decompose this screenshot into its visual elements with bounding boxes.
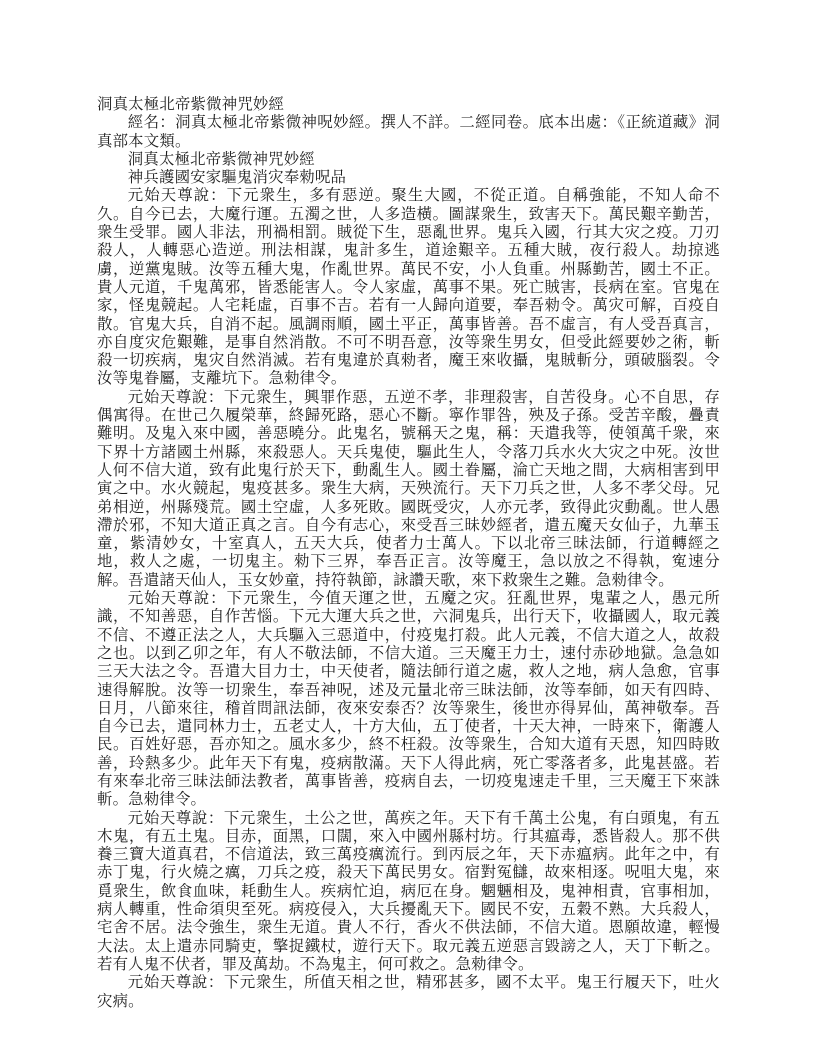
paragraph-2: 元始天尊說：下元衆生，興罪作惡，五逆不孝，非理殺害，自苦役身。心不自思，存偶寓得… [97,388,720,589]
doc-colophon: 經名：洞真太極北帝紫微神呪妙經。撰人不詳。二經同卷。底本出處：《正統道藏》洞真部… [97,113,720,150]
paragraph-4: 元始天尊說：下元衆生，土公之世，萬疾之年。天下有千萬土公鬼，有白頭鬼，有五木鬼，… [97,809,720,974]
doc-title: 洞真太極北帝紫微神咒妙經 [97,95,720,113]
doc-title-repeat: 洞真太極北帝紫微神咒妙經 [97,150,720,168]
scripture-text: 洞真太極北帝紫微神咒妙經 經名：洞真太極北帝紫微神呪妙經。撰人不詳。二經同卷。底… [97,95,720,1010]
document-page: 洞真太極北帝紫微神咒妙經 經名：洞真太極北帝紫微神呪妙經。撰人不詳。二經同卷。底… [0,0,816,1056]
paragraph-3: 元始天尊說：下元衆生，今值天運之世，五魔之灾。狂亂世界，鬼輩之人，愚元所識，不知… [97,589,720,809]
paragraph-5: 元始天尊說：下元衆生，所值天相之世，精邪甚多，國不太平。鬼王行履天下，吐火灾病。 [97,973,720,1010]
doc-chapter-title: 神兵護國安家驅鬼消灾奉勑呪品 [97,168,720,186]
paragraph-1: 元始天尊說：下元衆生，多有惡逆。聚生大國，不從正道。自稱強能，不知人命不久。自今… [97,186,720,387]
